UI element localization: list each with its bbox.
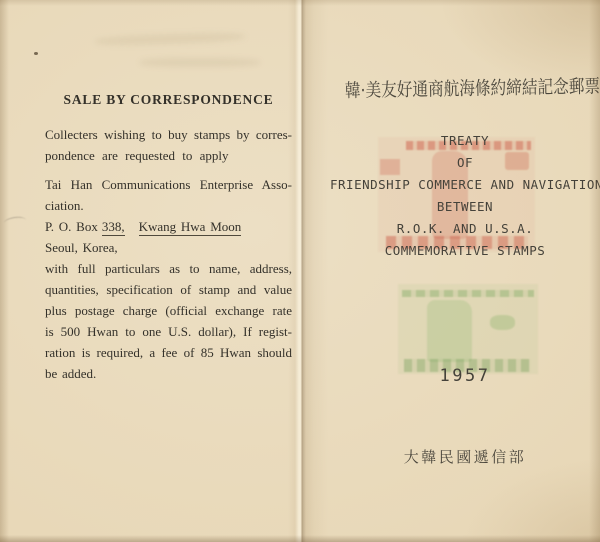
left-page: SALE BY CORRESPONDENCE Collecters wishin… [0, 0, 300, 542]
title-line: TREATY [330, 130, 600, 152]
green-stamp-top-band [402, 290, 534, 297]
year-label: 1957 [330, 366, 600, 386]
green-stamp-figure [427, 300, 472, 362]
title-line: BETWEEN [330, 196, 600, 218]
bleed-through-smudge [95, 31, 245, 46]
ink-speck [34, 52, 38, 55]
body-line: ration is required, a fee of 85 Hwan sho… [45, 342, 292, 363]
title-line: R.O.K. AND U.S.A. [330, 218, 600, 240]
title-line: OF [330, 152, 600, 174]
green-stamp-wash [398, 284, 538, 374]
address-place: Kwang Hwa Moon [139, 219, 242, 236]
body-line: plus postage charge (official exchange r… [45, 300, 292, 321]
green-stamp-bleed-through [398, 284, 538, 374]
pencil-mark [3, 216, 26, 228]
body-line: ciation. [45, 195, 292, 216]
body-line: pondence are requested to apply [45, 145, 292, 166]
body-line: is 500 Hwan to one U.S. dollar), If regi… [45, 321, 292, 342]
sale-heading: SALE BY CORRESPONDENCE [45, 92, 292, 108]
scanned-stamp-booklet: SALE BY CORRESPONDENCE Collecters wishin… [0, 0, 600, 542]
title-line: FRIENDSHIP COMMERCE AND NAVIGATION [330, 174, 600, 196]
body-line: with full particulars as to name, addres… [45, 258, 292, 279]
body-line: quantities, specification of stamp and v… [45, 279, 292, 300]
po-box-number: 338, [102, 219, 125, 236]
bleed-through-smudge [140, 58, 260, 67]
address-line: P. O. Box338,Kwang Hwa Moon [45, 216, 292, 237]
body-line: be added. [45, 363, 292, 384]
body-line: Collecters wishing to buy stamps by corr… [45, 124, 292, 145]
right-page: 韓·美友好通商航海條約締結記念郵票 TREATY OF FRIENDSHIP C… [300, 0, 600, 542]
issuer-cjk-label: 大韓民國遞信部 [330, 446, 600, 467]
address-prefix: P. O. Box [45, 219, 98, 234]
cjk-commemorative-title: 韓·美友好通商航海條約締結記念郵票 [345, 71, 594, 103]
title-line: COMMEMORATIVE STAMPS [330, 240, 600, 262]
address-city: Seoul, Korea, [45, 237, 292, 258]
treaty-title-block: TREATY OF FRIENDSHIP COMMERCE AND NAVIGA… [330, 130, 600, 262]
left-body-text: Collecters wishing to buy stamps by corr… [45, 124, 292, 384]
green-stamp-right-blob [490, 315, 515, 330]
body-line: Tai Han Communications Enterprise Asso- [45, 174, 292, 195]
